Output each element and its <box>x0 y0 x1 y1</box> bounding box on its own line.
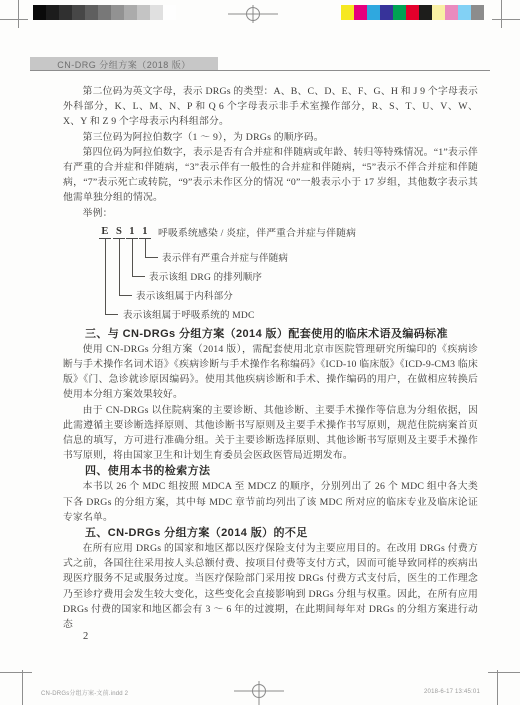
page-header-bar: CN-DRG 分组方案（2018 版） <box>30 57 218 71</box>
calibration-swatch <box>471 5 484 20</box>
footer-timestamp: 2018-6-17 13:45:01 <box>424 689 480 695</box>
calibration-swatch <box>150 5 163 20</box>
page-number: 2 <box>83 631 88 642</box>
connector-line-sequence <box>132 239 145 277</box>
crop-mark-top-left <box>0 19 28 20</box>
calibration-swatch <box>46 5 59 20</box>
calibration-swatch <box>393 5 406 20</box>
section-heading-5: 五、CN-DRGs 分组方案（2014 版）的不足 <box>63 525 478 541</box>
crop-mark-bottom-right <box>497 670 498 705</box>
connector-line-type <box>119 239 132 296</box>
connector-label-mdc: 表示该组属于呼吸系统的 MDC <box>123 309 255 324</box>
crop-mark-top-left <box>18 0 19 28</box>
registration-mark-top <box>228 2 278 26</box>
section5-paragraph-1: 在所有应用 DRGs 的国家和地区都以医疗保险支付为主要应用目的。在改用 DRG… <box>63 541 478 632</box>
calibration-swatch <box>354 5 367 20</box>
section-heading-3: 三、与 CN-DRGs 分组方案（2014 版）配套使用的临床术语及编码标准 <box>63 326 478 342</box>
paragraph-code-position3: 第三位码为阿拉伯数字（1 ～ 9），为 DRGs 的顺序码。 <box>63 130 478 145</box>
connector-label-sequence: 表示该组 DRG 的排列顺序 <box>149 271 262 286</box>
scanned-book-page: CN-DRG 分组方案（2018 版） 第二位码为英文字母，表示 DRGs 的类… <box>0 0 520 705</box>
calibration-swatch <box>458 5 471 20</box>
crop-mark-top-right <box>492 19 520 20</box>
calibration-swatch <box>432 5 445 20</box>
calibration-swatch <box>380 5 393 20</box>
paragraph-code-position2: 第二位码为英文字母，表示 DRGs 的类型：A、B、C、D、E、F、G、H 和 … <box>63 84 478 130</box>
crop-mark-bottom-left <box>0 672 32 673</box>
calibration-swatch <box>111 5 124 20</box>
color-calibration-bar <box>341 5 484 20</box>
footer-file-info: CN-DRGs分组方案-文前.indd 2 <box>41 688 128 697</box>
crop-mark-bottom-right <box>488 672 520 673</box>
calibration-swatch <box>33 5 46 20</box>
calibration-swatch <box>72 5 85 20</box>
connector-line-mdc <box>105 239 118 315</box>
section-heading-4: 四、使用本书的检索方法 <box>63 463 478 479</box>
section3-paragraph-1: 使用 CN-DRGs 分组方案（2014 版），需配套使用北京市医院管理研究所编… <box>63 342 478 403</box>
code-description: 呼吸系统感染 / 炎症，伴严重合并症与伴随病 <box>158 226 356 241</box>
calibration-swatch <box>124 5 137 20</box>
calibration-swatch <box>341 5 354 20</box>
calibration-swatch <box>85 5 98 20</box>
crop-mark-top-right <box>501 0 502 28</box>
grayscale-calibration-bar <box>33 5 176 20</box>
code-letter-severity: 1 <box>139 226 151 239</box>
header-rule <box>30 70 490 71</box>
page-header-title: CN-DRG 分组方案（2018 版） <box>57 58 191 71</box>
registration-mark-bottom <box>234 679 284 705</box>
drg-code-diagram: E S 1 1 呼吸系统感染 / 炎症，伴严重合并症与伴随病 表示伴有严重合并症… <box>63 226 478 326</box>
section3-paragraph-2: 由于 CN-DRGs 以住院病案的主要诊断、其他诊断、主要手术操作等信息为分组依… <box>63 403 478 464</box>
body-text: 第二位码为英文字母，表示 DRGs 的类型：A、B、C、D、E、F、G、H 和 … <box>63 84 478 632</box>
calibration-swatch <box>137 5 150 20</box>
connector-label-severity: 表示伴有严重合并症与伴随病 <box>162 252 288 267</box>
paragraph-example-intro: 举例： <box>63 206 478 221</box>
connector-line-severity <box>145 239 158 258</box>
code-letter-sequence: 1 <box>126 226 138 239</box>
calibration-swatch <box>163 5 176 20</box>
calibration-swatch <box>367 5 380 20</box>
paragraph-code-position4: 第四位码为阿拉伯数字，表示是否有合并症和伴随病或年龄、转归等特殊情况。“1”表示… <box>63 145 478 206</box>
section4-paragraph-1: 本书以 26 个 MDC 组按照 MDCA 至 MDCZ 的顺序，分别列出了 2… <box>63 479 478 525</box>
calibration-swatch <box>445 5 458 20</box>
calibration-swatch <box>59 5 72 20</box>
calibration-swatch <box>419 5 432 20</box>
connector-label-type: 表示该组属于内科部分 <box>136 290 233 305</box>
calibration-swatch <box>98 5 111 20</box>
crop-mark-bottom-left <box>22 670 23 705</box>
code-letter-type: S <box>113 226 125 239</box>
calibration-swatch <box>406 5 419 20</box>
code-letter-mdc: E <box>99 226 111 239</box>
